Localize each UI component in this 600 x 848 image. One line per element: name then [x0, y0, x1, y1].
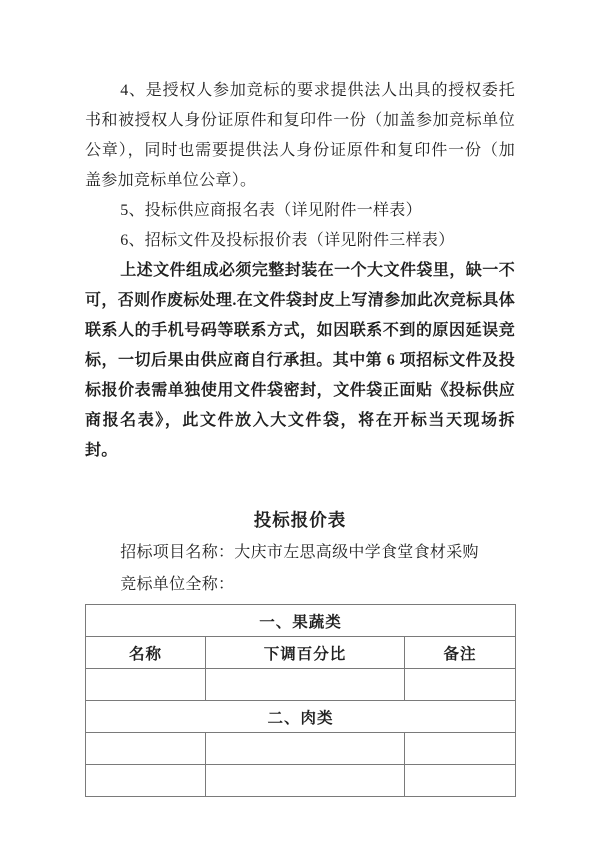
table-cell-empty: [405, 765, 516, 797]
section-label-fruits-vegetables: 一、果蔬类: [86, 605, 516, 637]
table-section-row-fruits-vegetables: 一、果蔬类: [86, 605, 516, 637]
document-page: 4、是授权人参加竞标的要求提供法人出具的授权委托书和被授权人身份证原件和复印件一…: [0, 0, 600, 848]
quotation-table: 一、果蔬类 名称 下调百分比 备注 二、肉类: [85, 604, 516, 797]
table-row: [86, 669, 516, 701]
table-cell-empty: [206, 765, 405, 797]
project-name-label: 招标项目名称：: [120, 544, 234, 561]
paragraph-item-4: 4、是授权人参加竞标的要求提供法人出具的授权委托书和被授权人身份证原件和复印件一…: [85, 76, 515, 196]
table-header-name: 名称: [86, 637, 206, 669]
paragraph-item-6: 6、招标文件及投标报价表（详见附件三样表）: [85, 226, 515, 256]
paragraph-item-5: 5、投标供应商报名表（详见附件一样表）: [85, 196, 515, 226]
table-section-row-meat: 二、肉类: [86, 701, 516, 733]
table-header-row: 名称 下调百分比 备注: [86, 637, 516, 669]
project-name-value: 大庆市左思高级中学食堂食材采购: [234, 544, 479, 561]
table-cell-empty: [86, 765, 206, 797]
bidder-name-label: 竞标单位全称：: [120, 576, 234, 593]
table-row: [86, 765, 516, 797]
project-name-line: 招标项目名称：大庆市左思高级中学食堂食材采购: [85, 538, 515, 568]
table-row: [86, 733, 516, 765]
table-cell-empty: [405, 733, 516, 765]
page-title: 投标报价表: [85, 504, 515, 536]
table-header-discount-percentage: 下调百分比: [206, 637, 405, 669]
table-cell-empty: [86, 733, 206, 765]
bidder-name-line: 竞标单位全称：: [85, 570, 515, 600]
table-cell-empty: [206, 669, 405, 701]
paragraph-sealing-instructions: 上述文件组成必须完整封装在一个大文件袋里，缺一不可，否则作废标处理.在文件袋封皮…: [85, 256, 515, 466]
section-label-meat: 二、肉类: [86, 701, 516, 733]
table-cell-empty: [206, 733, 405, 765]
table-header-remarks: 备注: [405, 637, 516, 669]
table-cell-empty: [405, 669, 516, 701]
document-content: 4、是授权人参加竞标的要求提供法人出具的授权委托书和被授权人身份证原件和复印件一…: [85, 76, 515, 797]
table-cell-empty: [86, 669, 206, 701]
